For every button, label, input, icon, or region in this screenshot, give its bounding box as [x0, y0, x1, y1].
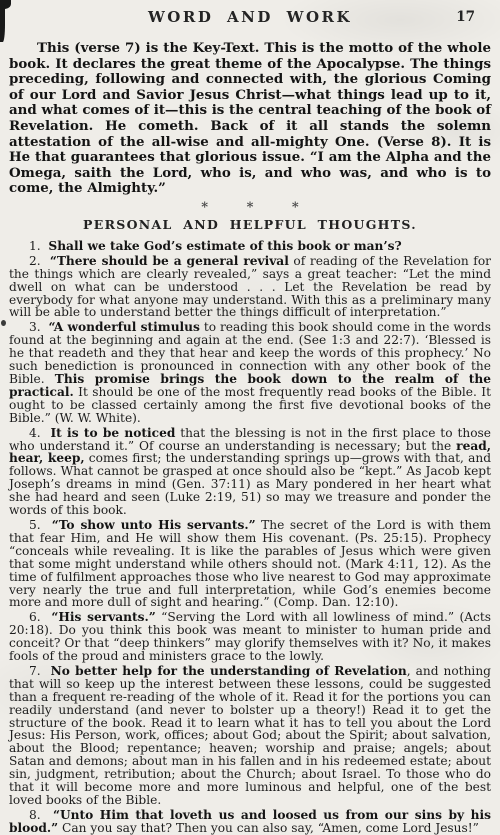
scanned-page: WORD AND WORK 17 This (verse 7) is the K…: [0, 0, 500, 835]
scan-artifact-dot: [1, 320, 6, 326]
text-run: 5.: [29, 518, 52, 532]
text-run: Shall we take God’s estimate of this boo…: [48, 239, 401, 253]
thought-item-4: 4. It is to be noticed that the blessing…: [9, 427, 491, 517]
text-run: 2.: [29, 254, 50, 268]
text-run: No better help for the understanding of …: [51, 664, 407, 678]
page-number: 17: [456, 9, 475, 25]
thought-item-5: 5. “To show unto His servants.” The secr…: [9, 519, 491, 609]
text-run: 8.: [29, 808, 53, 822]
journal-title: WORD AND WORK: [9, 8, 491, 26]
text-run: Can you say that? Then you can also say,…: [58, 821, 479, 835]
text-run: The secret of the Lord is with them that…: [9, 518, 491, 609]
text-run: 7.: [29, 664, 51, 678]
text-run: “His servants.”: [51, 610, 155, 624]
thought-item-3: 3. “A wonderful stimulus to reading this…: [9, 321, 491, 424]
text-run: , and nothing that will so keep up the i…: [9, 664, 491, 807]
page-header: WORD AND WORK 17: [9, 8, 491, 28]
text-run: This (verse 7) is the Key-Text. This is …: [9, 40, 491, 196]
thought-item-7: 7. No better help for the understanding …: [9, 665, 491, 807]
thought-item-2: 2. “There should be a general revival of…: [9, 255, 491, 320]
text-run: “A wonderful stimulus: [48, 320, 199, 334]
text-run: 1.: [29, 239, 48, 253]
text-run: 6.: [29, 610, 51, 624]
text-run: 4.: [29, 426, 50, 440]
asterisk-separator: * * *: [9, 201, 491, 214]
text-run: It should be one of the most frequently …: [9, 385, 491, 425]
thought-item-8: 8. “Unto Him that loveth us and loosed u…: [9, 809, 491, 835]
thought-item-6: 6. “His servants.” “Serving the Lord wit…: [9, 611, 491, 663]
text-run: It is to be noticed: [50, 426, 175, 440]
thought-item-1: 1. Shall we take God’s estimate of this …: [9, 240, 491, 253]
text-run: “There should be a general revival: [50, 254, 289, 268]
text-run: “To show unto His servants.”: [52, 518, 256, 532]
section-heading: PERSONAL AND HELPFUL THOUGHTS.: [9, 217, 491, 232]
text-run: 3.: [29, 320, 48, 334]
intro-paragraph: This (verse 7) is the Key-Text. This is …: [9, 41, 491, 197]
scan-artifact-edge-bar: [0, 4, 5, 42]
